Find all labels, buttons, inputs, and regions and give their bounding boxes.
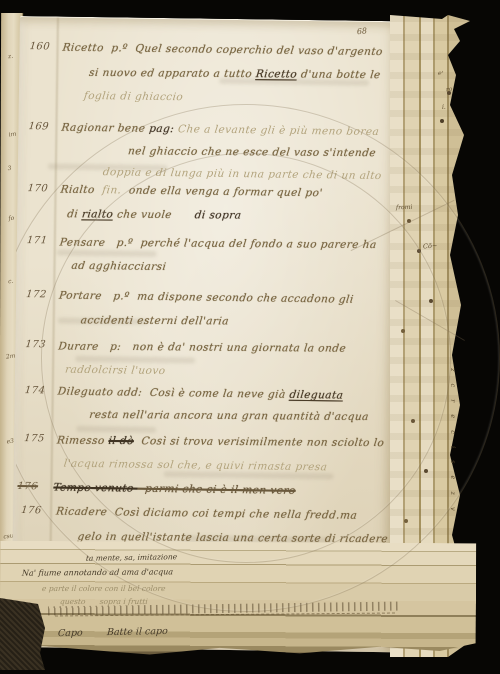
- manuscript-line: Portare p.º ma dispone secondo che accad…: [58, 290, 354, 306]
- line-segment: di: [67, 208, 83, 220]
- bottom-note: Capo Batte il capo: [58, 626, 169, 639]
- fore-edge-scribble: ro: [446, 86, 453, 94]
- entry-number: 169: [28, 121, 50, 132]
- line-segment: rialto: [81, 208, 114, 220]
- manuscript-line: accidenti esterni dell'aria: [80, 314, 230, 327]
- line-segment: che vuole: [113, 209, 196, 222]
- entry-number: 176: [21, 505, 43, 516]
- manuscript-line: Ricadere Così diciamo coi tempi che nell…: [55, 506, 358, 522]
- line-segment: parmi che ci è il men vero: [137, 483, 296, 497]
- entry-number: 170: [27, 183, 49, 194]
- manuscript-line: Pensare p.º perché l'acqua del fondo a s…: [59, 237, 377, 251]
- left-margin-mark: fo: [8, 215, 15, 223]
- manuscript-line: nel ghiaccio che ne esce del vaso s'inte…: [127, 145, 376, 159]
- fore-edge-scribble: i.: [442, 104, 446, 111]
- manuscript-line: raddolcirsi l'uovo: [64, 364, 166, 377]
- fore-edge-scribble: fromi: [396, 204, 413, 212]
- entry-number: 175: [24, 433, 46, 444]
- manuscript-photo: z.im3foc.2me3csu2ia 68 160Ricetto p.º Qu…: [0, 0, 500, 674]
- line-segment: Rialto: [60, 184, 96, 196]
- manuscript-line: l'acqua rimossa sol che, e quivi rimasta…: [63, 458, 328, 474]
- manuscript-line: Ricetto p.º Quel secondo coperchio del v…: [62, 42, 384, 58]
- fore-edge-speckles: [0, 0, 2, 2]
- binding-cloth-patch: [0, 598, 45, 670]
- manuscript-line: doppia e di lunga più in una parte che d…: [102, 166, 382, 182]
- manuscript-line: di rialto che vuole di sopra: [67, 208, 243, 221]
- manuscript-line: Durare p: non è da' nostri una giornata …: [58, 340, 347, 354]
- left-margin-mark: z.: [8, 53, 14, 61]
- entry-number: 160: [29, 41, 51, 52]
- line-segment: Ricetto: [255, 68, 298, 80]
- manuscript-line: foglia di ghiaccio: [83, 90, 184, 103]
- manuscript-line: resta nell'aria ancora una gran quantità…: [89, 409, 370, 423]
- entry-number: 176: [17, 481, 39, 492]
- line-segment: il dò: [108, 435, 135, 447]
- entry-number: 172: [26, 289, 48, 300]
- manuscript-line: ad agghiacciarsi: [71, 260, 167, 273]
- line-segment: fin.: [94, 184, 130, 196]
- manuscript-line: Rialto fin. onde ella venga a formar que…: [60, 184, 324, 200]
- line-segment: dileguata: [289, 389, 344, 402]
- manuscript-line: Dileguato add: Così è come la neve già d…: [57, 386, 344, 402]
- line-segment: pag:: [148, 123, 174, 135]
- left-margin-mark: im: [8, 131, 16, 139]
- line-segment: Tempo venuto: [53, 482, 139, 495]
- manuscript-line: Ragionar bene pag: Che a levante gli è p…: [61, 122, 380, 138]
- left-margin-mark: c.: [8, 278, 14, 286]
- line-segment: Che a levante gli è più meno borea: [174, 123, 380, 138]
- manuscript-line: Rimesso il dò Così si trova verisimilmen…: [56, 435, 385, 450]
- entry-number: 173: [25, 339, 47, 350]
- line-segment: Così si trova verisimilmente non sciolto…: [133, 435, 385, 449]
- fore-edge-scribble: Cõ~: [423, 242, 438, 251]
- entry-number: 171: [26, 235, 48, 246]
- line-segment: di sopra: [194, 209, 242, 221]
- line-segment: Dileguato add: Così è come la neve già: [57, 386, 290, 401]
- bottom-note: e parte il colore con il bel colore: [42, 584, 166, 593]
- line-segment: si nuovo ed apparato a tutto: [88, 67, 256, 80]
- entry-number: 174: [24, 385, 46, 396]
- bottom-note: ta mente, sa, imitazione: [86, 552, 178, 563]
- line-segment: d'una botte le: [297, 69, 382, 82]
- line-segment: Rimesso: [56, 435, 109, 447]
- line-segment: onde ella venga a formar quel po': [128, 185, 323, 200]
- manuscript-line: Tempo venuto parmi che ci è il men vero: [53, 482, 297, 497]
- manuscript-line: si nuovo ed apparato a tutto Ricetto d'u…: [88, 67, 381, 81]
- bottom-note: questo sopra i frutti: [60, 597, 149, 606]
- left-margin-mark: 3: [7, 165, 12, 172]
- line-segment: Ragionar bene: [61, 122, 150, 135]
- bottom-note: Na' fiume annotando ad ama d'acqua: [22, 567, 174, 577]
